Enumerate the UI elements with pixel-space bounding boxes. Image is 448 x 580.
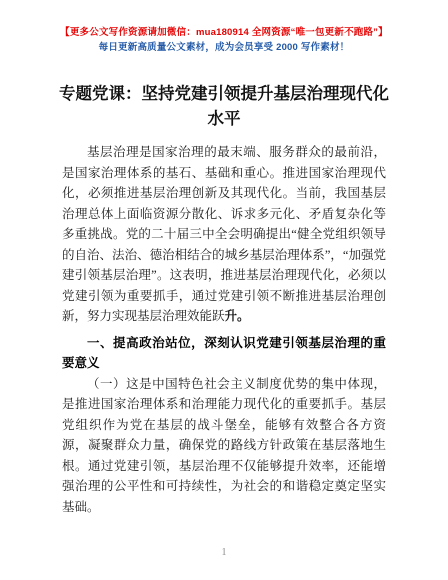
document-title: 专题党课：坚持党建引领提升基层治理现代化水平 xyxy=(56,82,392,132)
document-page: 【更多公文写作资源请加微信：mua180914 全网资源“唯一包更新不跑路”】 … xyxy=(0,0,448,580)
intro-paragraph: 基层治理是国家治理的最末端、服务群众的最前沿，是国家治理体系的基石、基础和重心。… xyxy=(62,142,386,327)
promo-line-red: 【更多公文写作资源请加微信：mua180914 全网资源“唯一包更新不跑路”】 xyxy=(0,0,448,39)
promo-line-blue: 每日更新高质量公文素材，成为会员享受 2000 写作素材！ xyxy=(0,42,448,54)
intro-text: 基层治理是国家治理的最末端、服务群众的最前沿，是国家治理体系的基石、基础和重心。… xyxy=(62,145,386,323)
page-number: 1 xyxy=(0,547,448,558)
document-body: 基层治理是国家治理的最末端、服务群众的最前沿，是国家治理体系的基石、基础和重心。… xyxy=(62,142,386,517)
intro-bold-tail: 升。 xyxy=(225,309,250,323)
section-paragraph: （一）这是中国特色社会主义制度优势的集中体现，是推进国家治理体系和治理能力现代化… xyxy=(62,374,386,518)
section-heading: 一、提高政治站位，深刻认识党建引领基层治理的重要意义 xyxy=(62,333,386,374)
